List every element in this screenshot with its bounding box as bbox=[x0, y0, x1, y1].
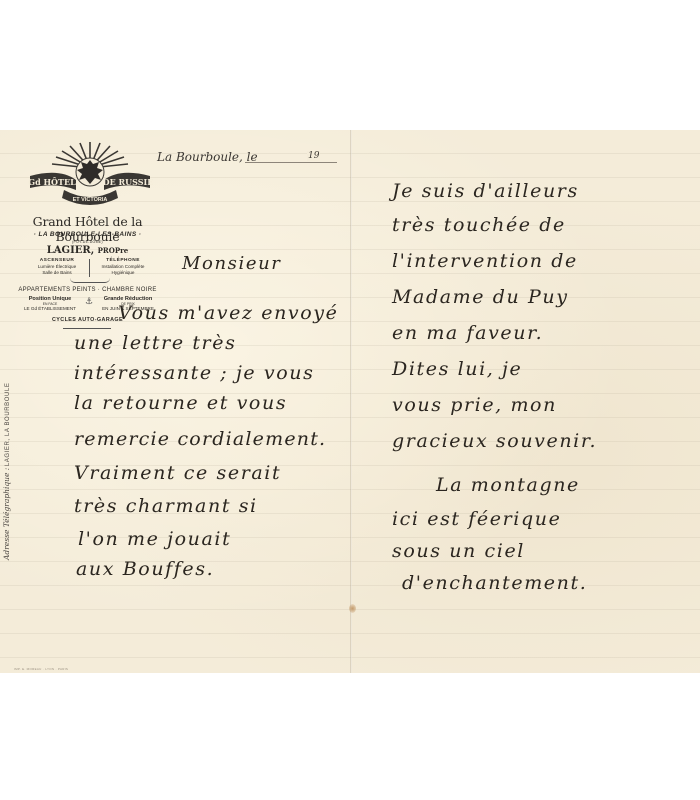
scroll-ornament-icon bbox=[70, 278, 110, 283]
dateline-rule bbox=[245, 162, 337, 163]
telegraph-address: Adresse Télégraphique : LAGIER, LA BOURB… bbox=[2, 382, 11, 560]
handwritten-line: ici est féerique bbox=[392, 508, 561, 530]
foxing-stain bbox=[349, 604, 356, 613]
amenity-line: Hygiénique bbox=[92, 270, 154, 276]
position-line: LE Gd ÉTABLISSEMENT bbox=[14, 306, 86, 312]
dateline-place: La Bourboule, le bbox=[157, 150, 258, 164]
letterhead-rule bbox=[63, 328, 111, 329]
ornament-divider bbox=[89, 259, 90, 277]
dateline-year: 19 bbox=[307, 151, 320, 161]
handwritten-line: Vous m'avez envoyé bbox=[118, 302, 338, 324]
telegraph-value: LAGIER, LA BOURBOULE bbox=[5, 382, 11, 466]
proprietor: LAGIER, PROPre bbox=[0, 245, 175, 256]
letter-sheet: Gd HÔTEL DE RUSSIE ET VICTORIA Grand Hôt… bbox=[0, 130, 700, 673]
handwritten-line: vous prie, mon bbox=[392, 394, 557, 416]
handwritten-line: gracieux souvenir. bbox=[392, 430, 597, 452]
handwritten-line: en ma faveur. bbox=[392, 322, 543, 344]
crest-eagle-icon: Gd HÔTEL DE RUSSIE ET VICTORIA bbox=[20, 138, 160, 212]
proprietor-name: LAGIER, bbox=[47, 245, 94, 256]
telegraph-label: Adresse Télégraphique : bbox=[2, 468, 11, 560]
crest-right-text: DE RUSSIE bbox=[103, 177, 154, 187]
handwritten-line: Vraiment ce serait bbox=[74, 462, 281, 484]
amenities-right: TÉLÉPHONE Installation Complète Hygiéniq… bbox=[92, 258, 154, 276]
handwritten-line: Dites lui, je bbox=[392, 358, 522, 380]
apartments-line: APPARTEMENTS PEINTS · CHAMBRE NOIRE bbox=[0, 287, 175, 293]
hotel-region: (PUY-DE-DÔME) bbox=[0, 240, 175, 244]
handwritten-line: la retourne et vous bbox=[74, 392, 287, 414]
handwritten-line: une lettre très bbox=[74, 332, 236, 354]
handwritten-line: La montagne bbox=[436, 474, 580, 496]
salutation: Monsieur bbox=[182, 253, 282, 274]
handwritten-line: aux Bouffes. bbox=[76, 558, 214, 580]
handwritten-line: intéressante ; je vous bbox=[74, 362, 314, 384]
amenities-left: ASCENSEUR Lumière Électrique Salle de Ba… bbox=[26, 258, 88, 276]
hotel-location: · LA BOURBOULE-LES-BAINS · bbox=[0, 231, 175, 238]
page-fold bbox=[350, 130, 352, 673]
handwritten-line: l'intervention de bbox=[392, 250, 578, 272]
handwritten-line: sous un ciel bbox=[392, 540, 525, 562]
handwritten-line: très charmant si bbox=[74, 495, 258, 517]
printer-mark: IMP. E. MOREAU · LYON · PARIS bbox=[14, 667, 68, 671]
amenity-line: Salle de Bains bbox=[26, 270, 88, 276]
dateline: La Bourboule, le 19 bbox=[157, 150, 337, 166]
position-left: Position Unique EN FACE LE Gd ÉTABLISSEM… bbox=[14, 296, 86, 312]
crest-left-text: Gd HÔTEL bbox=[28, 177, 76, 187]
handwritten-line: l'on me jouait bbox=[78, 528, 231, 550]
handwritten-line: très touchée de bbox=[392, 214, 566, 236]
crest-ribbon-text: ET VICTORIA bbox=[73, 197, 108, 203]
handwritten-line: Madame du Puy bbox=[392, 286, 569, 308]
handwritten-line: d'enchantement. bbox=[402, 572, 587, 594]
handwritten-line: remercie cordialement. bbox=[74, 428, 326, 450]
proprietor-suffix: PROPre bbox=[98, 246, 129, 255]
handwritten-line: Je suis d'ailleurs bbox=[392, 180, 579, 202]
